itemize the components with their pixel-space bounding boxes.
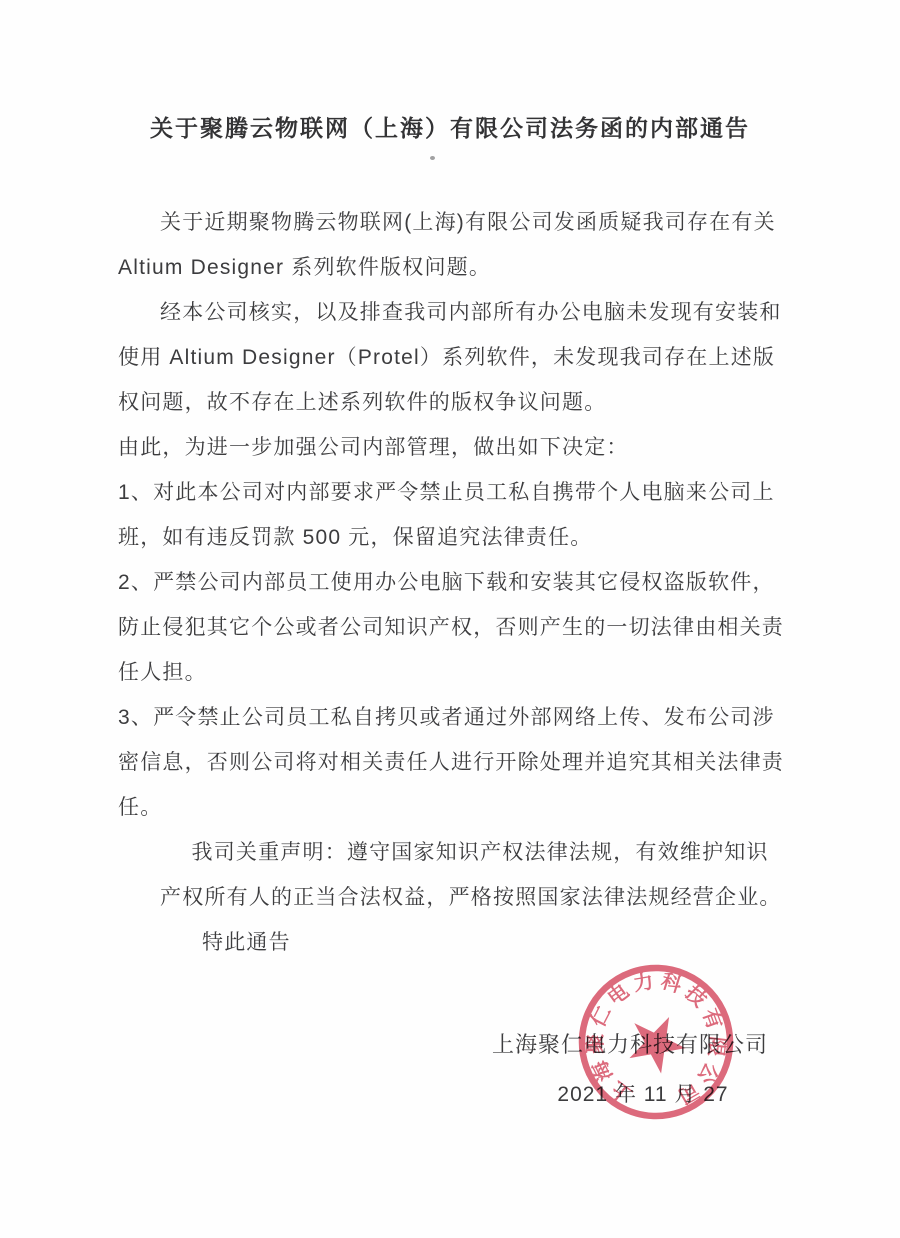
body-paragraph-rule-2: 2、严禁公司内部员工使用办公电脑下载和安装其它侵权盗版软件，防止侵犯其它个公或者…	[118, 560, 790, 695]
star-icon	[620, 1005, 695, 1079]
company-seal: 上海聚仁电力科技有限公司	[563, 949, 749, 1135]
scan-speck	[430, 156, 435, 160]
body-paragraph-verification: 经本公司核实，以及排查我司内部所有办公电脑未发现有安装和使用 Altium De…	[118, 290, 790, 425]
body-paragraph-rule-1: 1、对此本公司对内部要求严令禁止员工私自携带个人电脑来公司上班，如有违反罚款 5…	[118, 470, 790, 560]
notice-title: 关于聚腾云物联网（上海）有限公司法务函的内部通告	[0, 110, 900, 143]
body-paragraph-statement: 我司关重声明：遵守国家知识产权法律法规，有效维护知识产权所有人的正当合法权益，严…	[118, 830, 790, 920]
body-paragraph-rule-3: 3、严令禁止公司员工私自拷贝或者通过外部网络上传、发布公司涉密信息，否则公司将对…	[118, 695, 790, 830]
document-page: 关于聚腾云物联网（上海）有限公司法务函的内部通告 关于近期聚物腾云物联网(上海)…	[0, 0, 900, 1238]
body-paragraph-decision-lead: 由此，为进一步加强公司内部管理，做出如下决定：	[118, 425, 790, 470]
body-paragraph-intro: 关于近期聚物腾云物联网(上海)有限公司发函质疑我司存在有关 Altium Des…	[118, 200, 790, 290]
notice-body: 关于近期聚物腾云物联网(上海)有限公司发函质疑我司存在有关 Altium Des…	[118, 200, 790, 965]
